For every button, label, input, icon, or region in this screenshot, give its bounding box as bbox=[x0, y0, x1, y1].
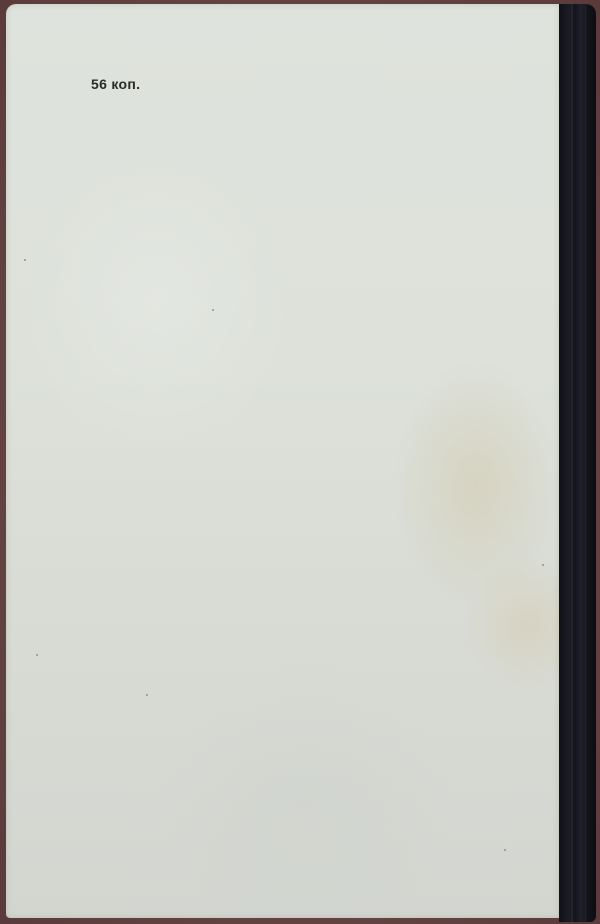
speck bbox=[146, 694, 148, 696]
speck bbox=[542, 564, 544, 566]
back-cover: 56 коп. bbox=[6, 4, 559, 918]
book: 56 коп. bbox=[6, 4, 598, 924]
speck bbox=[504, 849, 506, 851]
speck bbox=[212, 309, 214, 311]
speck bbox=[24, 259, 26, 261]
book-spine bbox=[559, 4, 596, 922]
price-label: 56 коп. bbox=[91, 76, 140, 92]
speck bbox=[36, 654, 38, 656]
